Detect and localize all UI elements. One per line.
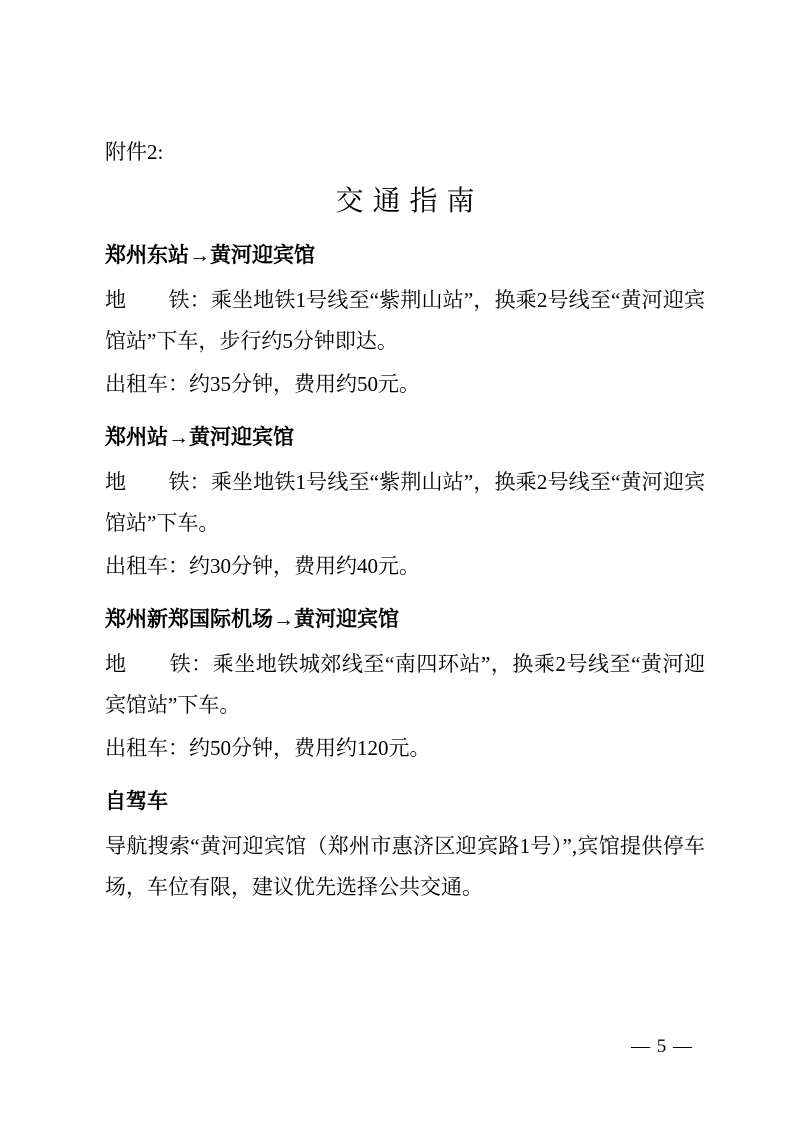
paragraph-taxi-info: 出租车：约35分钟，费用约50元。: [105, 364, 705, 405]
attachment-label: 附件2:: [105, 142, 705, 163]
section-xinzheng-airport: 郑州新郑国际机场→黄河迎宾馆 地 铁：乘坐地铁城郊线至“南四环站”，换乘2号线至…: [105, 599, 705, 769]
page-title: 交通指南: [105, 181, 705, 223]
document-page: 附件2: 交通指南 郑州东站→黄河迎宾馆 地 铁：乘坐地铁1号线至“紫荆山站”，…: [0, 0, 800, 1131]
paragraph-metro-directions: 地 铁：乘坐地铁1号线至“紫荆山站”，换乘2号线至“黄河迎宾馆站”下车。: [105, 462, 705, 544]
paragraph-metro-directions: 地 铁：乘坐地铁1号线至“紫荆山站”，换乘2号线至“黄河迎宾馆站”下车，步行约5…: [105, 280, 705, 362]
paragraph-taxi-info: 出租车：约30分钟，费用约40元。: [105, 546, 705, 587]
section-self-driving: 自驾车 导航搜索“黄河迎宾馆（郑州市惠济区迎宾路1号）”,宾馆提供停车场，车位有…: [105, 781, 705, 908]
section-zhengzhou-station: 郑州站→黄河迎宾馆 地 铁：乘坐地铁1号线至“紫荆山站”，换乘2号线至“黄河迎宾…: [105, 417, 705, 587]
section-heading-zhengzhou-east: 郑州东站→黄河迎宾馆: [105, 235, 705, 276]
section-heading-zhengzhou-station: 郑州站→黄河迎宾馆: [105, 417, 705, 458]
paragraph-metro-directions: 地 铁：乘坐地铁城郊线至“南四环站”，换乘2号线至“黄河迎宾馆站”下车。: [105, 644, 705, 726]
section-heading-xinzheng-airport: 郑州新郑国际机场→黄河迎宾馆: [105, 599, 705, 640]
paragraph-navigation-info: 导航搜索“黄河迎宾馆（郑州市惠济区迎宾路1号）”,宾馆提供停车场，车位有限，建议…: [105, 826, 705, 908]
paragraph-taxi-info: 出租车：约50分钟，费用约120元。: [105, 728, 705, 769]
page-number: — 5 —: [631, 1037, 693, 1056]
section-heading-self-driving: 自驾车: [105, 781, 705, 822]
section-zhengzhou-east-station: 郑州东站→黄河迎宾馆 地 铁：乘坐地铁1号线至“紫荆山站”，换乘2号线至“黄河迎…: [105, 235, 705, 405]
document-content: 附件2: 交通指南 郑州东站→黄河迎宾馆 地 铁：乘坐地铁1号线至“紫荆山站”，…: [105, 0, 705, 910]
